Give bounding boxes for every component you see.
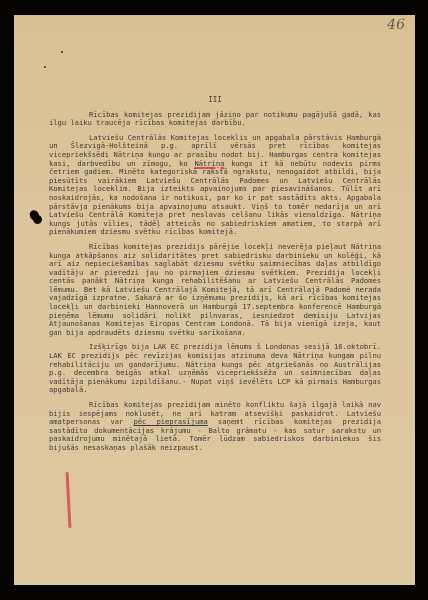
- section-heading: III: [49, 96, 381, 105]
- typed-text-body: III Rīcības komitejas prezidijam jāziņo …: [49, 96, 381, 459]
- paragraph-2: Latviešu Centrālās Komitejas loceklis un…: [49, 134, 381, 237]
- punch-hole-overlap: [33, 215, 42, 224]
- paragraph-text: kungs it kā nebūtu nodevis pirms četriem…: [49, 159, 381, 237]
- paragraph-3: Rīcības komitejas prezidijs pārējie loce…: [49, 243, 381, 338]
- paragraph-1: Rīcības komitejas prezidijam jāziņo par …: [49, 111, 381, 128]
- paragraph-text: Rīcības komitejas prezidijam jāziņo par …: [49, 110, 381, 128]
- paragraph-4: Izšķirīgs bija LAK EC prezidija lēmums š…: [49, 343, 381, 395]
- folio-number: 46: [387, 17, 405, 33]
- paragraph-text: Rīcības komitejas prezidijs pārējie loce…: [49, 242, 381, 337]
- red-margin-mark: [66, 472, 72, 528]
- paragraph-5: Rīcības komitejas prezidijam minēto konf…: [49, 401, 381, 453]
- paragraph-text: Izšķirīgs bija LAK EC prezidija lēmums š…: [49, 342, 381, 394]
- speck: [44, 66, 46, 68]
- speck: [61, 51, 63, 53]
